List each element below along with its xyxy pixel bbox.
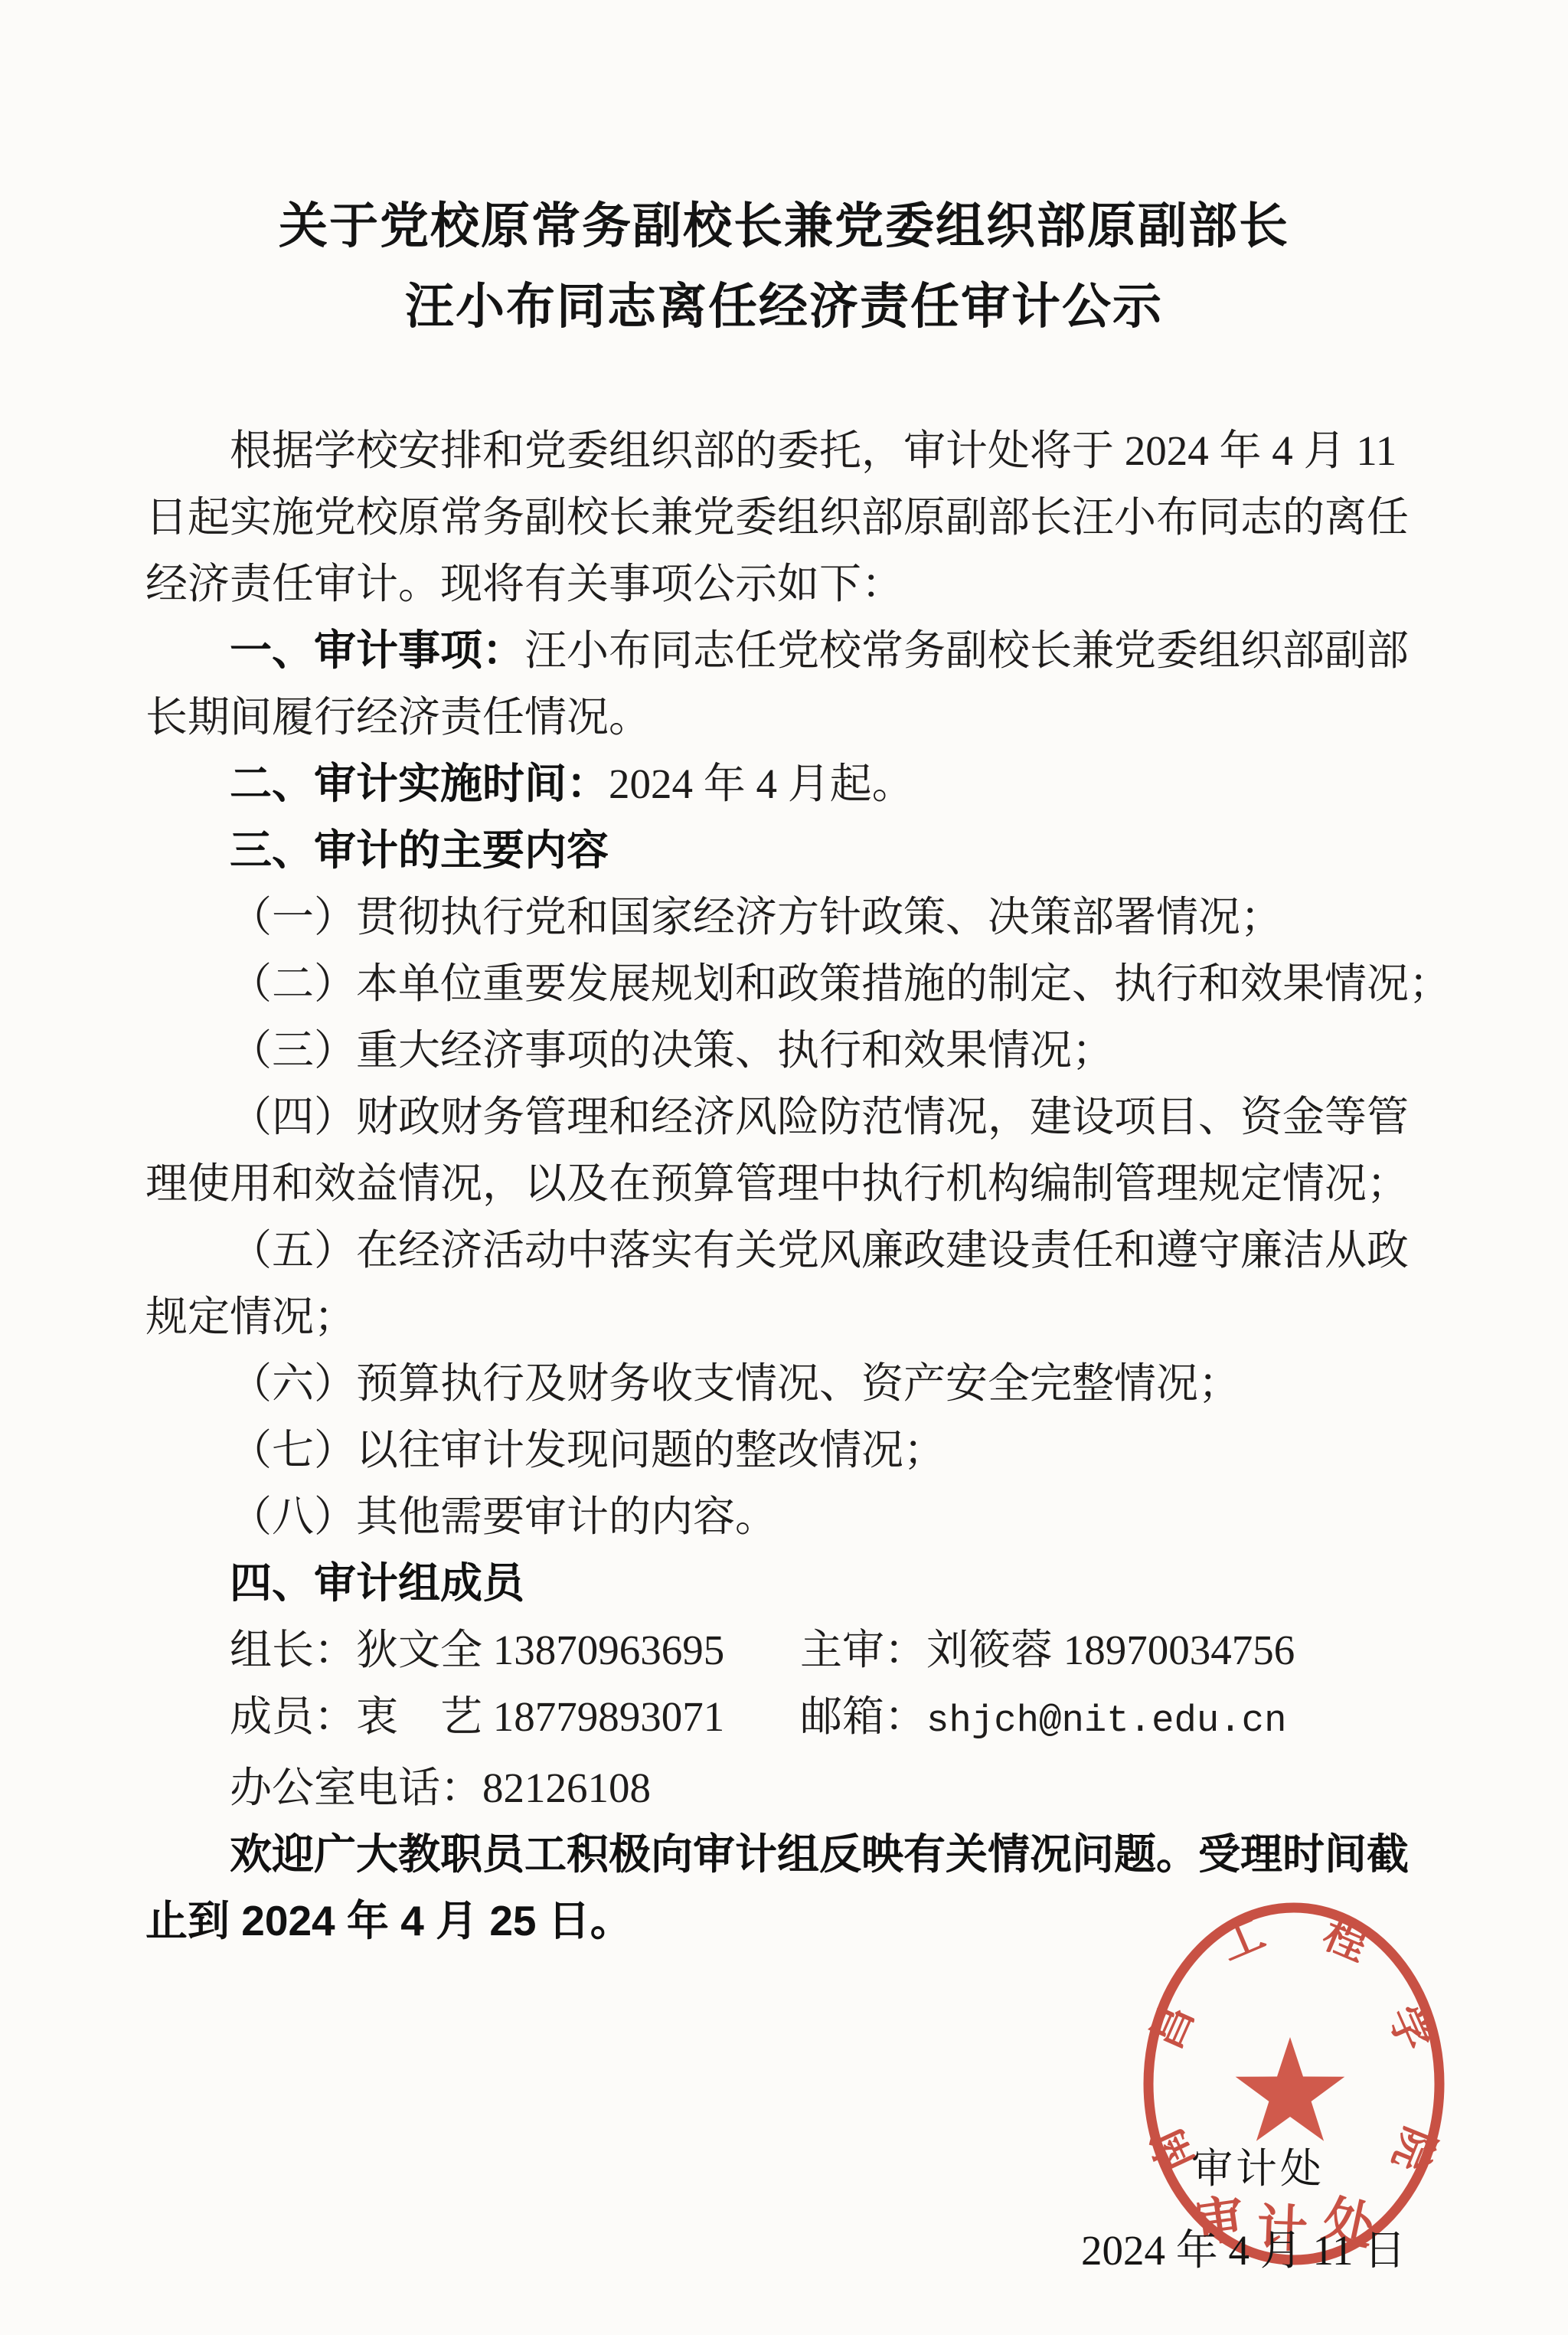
section-2-heading: 二、审计实施时间：	[230, 760, 609, 807]
audit-item-1: （一）贯彻执行党和国家经济方针政策、决策部署情况；	[145, 884, 1423, 950]
contact-row-2: 成员：衷 艺 18779893071邮箱：shjch@nit.edu.cn	[145, 1683, 1423, 1755]
email-label: 邮箱：	[800, 1693, 926, 1740]
member-contact: 成员：衷 艺 18779893071	[230, 1683, 800, 1750]
title-line-2: 汪小布同志离任经济责任审计公示	[145, 267, 1423, 347]
body-line: 经济责任审计。现将有关事项公示如下：	[145, 551, 1423, 617]
chief-auditor-contact: 主审：刘筱蓉 18970034756	[800, 1627, 1295, 1673]
section-1-heading: 一、审计事项：	[230, 626, 524, 674]
audit-item-3: （三）重大经济事项的决策、执行和效果情况；	[145, 1017, 1423, 1084]
email-value: shjch@nit.edu.cn	[926, 1699, 1286, 1742]
body-line: 根据学校安排和党委组织部的委托，审计处将于 2024 年 4 月 11	[145, 417, 1423, 484]
signature-date: 2024 年 4 月 11 日	[1081, 2225, 1406, 2276]
section-3-heading: 三、审计的主要内容	[145, 817, 1423, 884]
audit-item-5-cont: 规定情况；	[145, 1284, 1423, 1350]
body-line: 日起实施党校原常务副校长兼党委组织部原副部长汪小布同志的离任	[145, 484, 1423, 551]
signature-department: 审计处	[1191, 2144, 1325, 2193]
office-phone: 办公室电话：82126108	[145, 1755, 1423, 1821]
audit-item-6: （六）预算执行及财务收支情况、资产安全完整情况；	[145, 1350, 1423, 1417]
team-leader-contact: 组长：狄文全 13870963695	[230, 1617, 800, 1683]
closing-line-2: 止到 2024 年 4 月 25 日。	[145, 1888, 1423, 1954]
body-line: 二、审计实施时间：2024 年 4 月起。	[145, 751, 1423, 817]
audit-item-5: （五）在经济活动中落实有关党风廉政建设责任和遵守廉洁从政	[145, 1217, 1423, 1284]
body-line: 长期间履行经济责任情况。	[145, 684, 1423, 751]
contact-row-1: 组长：狄文全 13870963695主审：刘筱蓉 18970034756	[145, 1617, 1423, 1683]
official-seal: 南 昌 工 程 学 院 审 计 处	[1142, 1902, 1445, 2266]
scanned-document-page: 南 昌 工 程 学 院 审 计 处 关于党校原常务副校长兼党委组织部原副部长 汪…	[0, 0, 1568, 2335]
document-body: 根据学校安排和党委组织部的委托，审计处将于 2024 年 4 月 11 日起实施…	[145, 417, 1423, 1954]
closing-line-1: 欢迎广大教职员工积极向审计组反映有关情况问题。受理时间截	[145, 1821, 1423, 1888]
audit-item-4: （四）财政财务管理和经济风险防范情况，建设项目、资金等管	[145, 1084, 1423, 1150]
audit-item-7: （七）以往审计发现问题的整改情况；	[145, 1417, 1423, 1483]
title-line-1: 关于党校原常务副校长兼党委组织部原副部长	[145, 186, 1423, 267]
document: 关于党校原常务副校长兼党委组织部原副部长 汪小布同志离任经济责任审计公示 根据学…	[145, 0, 1423, 1954]
audit-item-8: （八）其他需要审计的内容。	[145, 1483, 1423, 1550]
audit-item-4-cont: 理使用和效益情况，以及在预算管理中执行机构编制管理规定情况；	[145, 1150, 1423, 1217]
section-4-heading: 四、审计组成员	[145, 1550, 1423, 1617]
body-line: 一、审计事项：汪小布同志任党校常务副校长兼党委组织部副部	[145, 617, 1423, 684]
section-1-text: 汪小布同志任党校常务副校长兼党委组织部副部	[524, 627, 1409, 674]
audit-item-2: （二）本单位重要发展规划和政策措施的制定、执行和效果情况；	[145, 950, 1423, 1017]
section-2-text: 2024 年 4 月起。	[609, 760, 914, 807]
document-title: 关于党校原常务副校长兼党委组织部原副部长 汪小布同志离任经济责任审计公示	[145, 186, 1423, 347]
seal-star	[1236, 2037, 1345, 2141]
